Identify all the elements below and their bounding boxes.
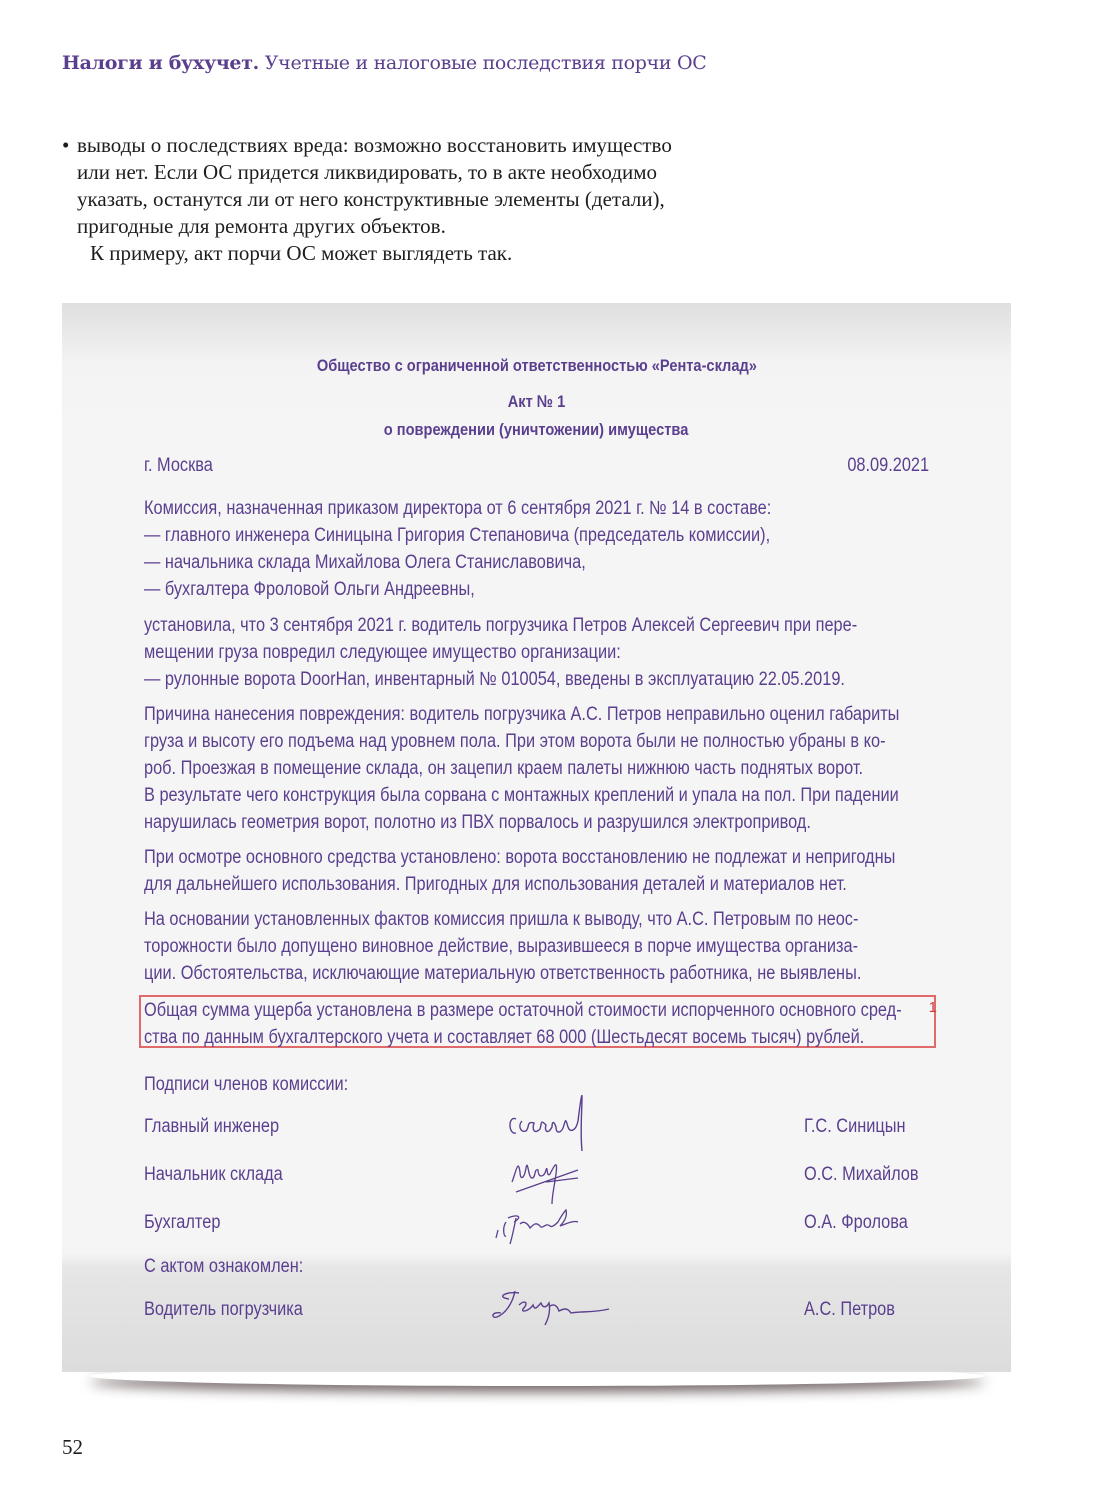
bullet-line: указать, останутся ли от него конструкти… <box>77 186 762 213</box>
signature-row: Начальник склада О.С. Михайлов <box>144 1164 944 1191</box>
inspection-paragraph: При осмотре основного средства установле… <box>144 844 944 898</box>
damage-paragraph: Общая сумма ущерба установлена в размере… <box>144 997 944 1051</box>
document-subtitle: о повреждении (уничтожении) имущества <box>62 420 1011 440</box>
finding-paragraph: установила, что 3 сентября 2021 г. водит… <box>144 612 944 693</box>
document-title: Акт № 1 <box>62 392 1011 412</box>
bullet-item: • выводы о последствиях вреда: возможно … <box>62 132 762 240</box>
running-head: Налоги и бухучет. Учетные и налоговые по… <box>62 52 707 74</box>
organization-name: Общество с ограниченной ответственностью… <box>62 356 1011 376</box>
signature-name: Г.С. Синицын <box>804 1116 905 1138</box>
signature-row: Бухгалтер О.А. Фролова <box>144 1212 944 1239</box>
commission-paragraph: Комиссия, назначенная приказом директора… <box>144 495 944 603</box>
signature-role: Бухгалтер <box>144 1212 220 1234</box>
acknowledged-heading: С актом ознакомлен: <box>144 1256 944 1283</box>
cause-paragraph: Причина нанесения повреждения: водитель … <box>144 701 944 836</box>
signature-role: Главный инженер <box>144 1116 279 1138</box>
intro-text: • выводы о последствиях вреда: возможно … <box>62 132 762 267</box>
intro-paragraph: К примеру, акт порчи ОС может выглядеть … <box>62 240 762 267</box>
signature-name: О.А. Фролова <box>804 1212 908 1234</box>
conclusion-paragraph: На основании установленных фактов комисс… <box>144 906 944 987</box>
document-date: 08.09.2021 <box>847 455 929 477</box>
signature-role: Начальник склада <box>144 1164 283 1186</box>
acknowledged-row: Водитель погрузчика А.С. Петров <box>144 1299 944 1326</box>
acknowledged-name: А.С. Петров <box>804 1299 895 1321</box>
bullet-line: пригодные для ремонта других объектов. <box>77 213 762 240</box>
bullet-line: выводы о последствиях вреда: возможно во… <box>77 132 762 159</box>
signature-name: О.С. Михайлов <box>804 1164 919 1186</box>
page-number: 52 <box>62 1435 83 1460</box>
signature-image <box>489 1287 619 1332</box>
running-head-section: Налоги и бухучет. <box>62 52 259 74</box>
bullet-icon: • <box>62 132 69 159</box>
signature-image <box>494 1194 604 1254</box>
document-city: г. Москва <box>144 455 213 477</box>
place-date-row: г. Москва 08.09.2021 <box>144 455 929 482</box>
signature-row: Главный инженер Г.С. Синицын <box>144 1116 944 1143</box>
bullet-line: или нет. Если ОС придется ликвидировать,… <box>77 159 762 186</box>
running-head-title: Учетные и налоговые последствия порчи ОС <box>265 52 707 74</box>
acknowledged-role: Водитель погрузчика <box>144 1299 303 1321</box>
document-sample: Общество с ограниченной ответственностью… <box>62 303 1011 1372</box>
